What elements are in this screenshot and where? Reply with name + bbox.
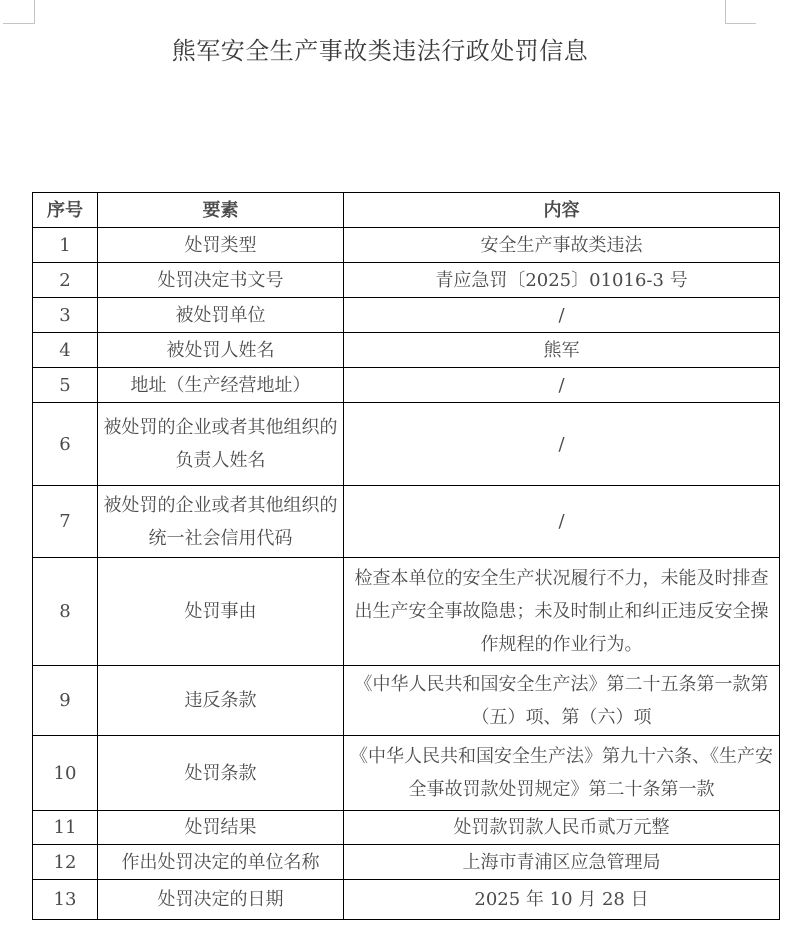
- table-row: 5地址（生产经营地址）/: [33, 368, 780, 403]
- table-row: 2处罚决定书文号青应急罚〔2025〕01016-3 号: [33, 263, 780, 298]
- table-row: 12作出处罚决定的单位名称上海市青浦区应急管理局: [33, 845, 780, 880]
- row-number-cell: 10: [33, 736, 98, 811]
- column-header-element: 要素: [98, 193, 344, 228]
- table-row: 6被处罚的企业或者其他组织的负责人姓名/: [33, 403, 780, 486]
- table-row: 4被处罚人姓名熊军: [33, 333, 780, 368]
- table-row: 13处罚决定的日期2025 年 10 月 28 日: [33, 880, 780, 920]
- element-cell: 被处罚单位: [98, 298, 344, 333]
- content-cell: /: [344, 368, 780, 403]
- row-number-cell: 11: [33, 811, 98, 845]
- element-cell: 处罚类型: [98, 228, 344, 263]
- content-cell: 《中华人民共和国安全生产法》第九十六条、《生产安全事故罚款处罚规定》第二十条第一…: [344, 736, 780, 811]
- document-page: 熊军安全生产事故类违法行政处罚信息 序号 要素 内容 1处罚类型安全生产事故类违…: [0, 0, 800, 950]
- element-cell: 处罚决定的日期: [98, 880, 344, 920]
- table-row: 3被处罚单位/: [33, 298, 780, 333]
- table-row: 9违反条款《中华人民共和国安全生产法》第二十五条第一款第（五）项、第（六）项: [33, 666, 780, 736]
- element-cell: 处罚事由: [98, 558, 344, 666]
- content-cell: 2025 年 10 月 28 日: [344, 880, 780, 920]
- table-row: 10处罚条款《中华人民共和国安全生产法》第九十六条、《生产安全事故罚款处罚规定》…: [33, 736, 780, 811]
- text-boundary-mark-top-left: [3, 0, 35, 24]
- row-number-cell: 3: [33, 298, 98, 333]
- text-boundary-mark-top-right: [725, 0, 756, 24]
- content-cell: 处罚款罚款人民币贰万元整: [344, 811, 780, 845]
- table-header-row: 序号 要素 内容: [33, 193, 780, 228]
- row-number-cell: 2: [33, 263, 98, 298]
- row-number-cell: 5: [33, 368, 98, 403]
- page-title: 熊军安全生产事故类违法行政处罚信息: [34, 31, 726, 66]
- row-number-cell: 8: [33, 558, 98, 666]
- row-number-cell: 9: [33, 666, 98, 736]
- content-cell: 检查本单位的安全生产状况履行不力，未能及时排查出生产安全事故隐患；未及时制止和纠…: [344, 558, 780, 666]
- element-cell: 处罚条款: [98, 736, 344, 811]
- content-cell: 安全生产事故类违法: [344, 228, 780, 263]
- content-cell: /: [344, 298, 780, 333]
- element-cell: 被处罚的企业或者其他组织的统一社会信用代码: [98, 486, 344, 558]
- penalty-table-body: 1处罚类型安全生产事故类违法2处罚决定书文号青应急罚〔2025〕01016-3 …: [33, 228, 780, 920]
- element-cell: 地址（生产经营地址）: [98, 368, 344, 403]
- row-number-cell: 1: [33, 228, 98, 263]
- content-cell: 青应急罚〔2025〕01016-3 号: [344, 263, 780, 298]
- table-row: 8处罚事由检查本单位的安全生产状况履行不力，未能及时排查出生产安全事故隐患；未及…: [33, 558, 780, 666]
- row-number-cell: 7: [33, 486, 98, 558]
- element-cell: 作出处罚决定的单位名称: [98, 845, 344, 880]
- row-number-cell: 6: [33, 403, 98, 486]
- element-cell: 违反条款: [98, 666, 344, 736]
- element-cell: 处罚结果: [98, 811, 344, 845]
- table-row: 7被处罚的企业或者其他组织的统一社会信用代码/: [33, 486, 780, 558]
- content-cell: /: [344, 486, 780, 558]
- content-cell: 熊军: [344, 333, 780, 368]
- row-number-cell: 13: [33, 880, 98, 920]
- element-cell: 被处罚的企业或者其他组织的负责人姓名: [98, 403, 344, 486]
- content-cell: /: [344, 403, 780, 486]
- table-row: 1处罚类型安全生产事故类违法: [33, 228, 780, 263]
- table-row: 11处罚结果处罚款罚款人民币贰万元整: [33, 811, 780, 845]
- content-cell: 《中华人民共和国安全生产法》第二十五条第一款第（五）项、第（六）项: [344, 666, 780, 736]
- column-header-no: 序号: [33, 193, 98, 228]
- row-number-cell: 12: [33, 845, 98, 880]
- content-cell: 上海市青浦区应急管理局: [344, 845, 780, 880]
- element-cell: 被处罚人姓名: [98, 333, 344, 368]
- element-cell: 处罚决定书文号: [98, 263, 344, 298]
- row-number-cell: 4: [33, 333, 98, 368]
- penalty-info-table: 序号 要素 内容 1处罚类型安全生产事故类违法2处罚决定书文号青应急罚〔2025…: [32, 192, 780, 920]
- column-header-content: 内容: [344, 193, 780, 228]
